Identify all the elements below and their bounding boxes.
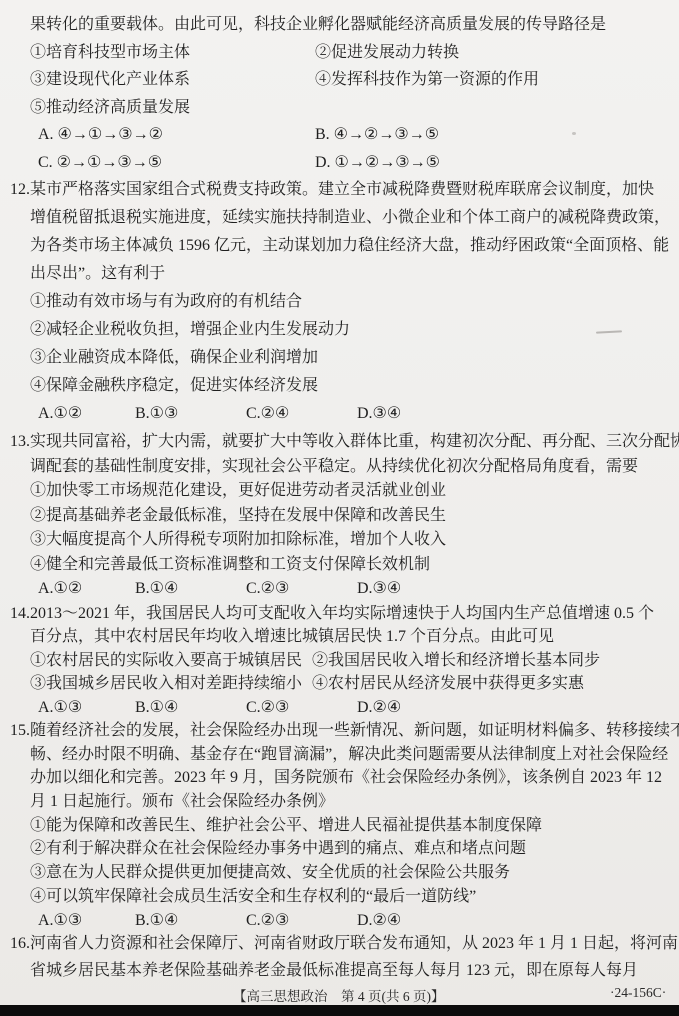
q11-item-4: ④发挥科技作为第一资源的作用	[315, 72, 539, 88]
q12-stem-text: 为各类市场主体减负 1596 亿元，主动谋划加力稳住经济大盘，推动纾困政策“全面…	[30, 238, 669, 254]
q13-item-3: ③大幅度提高个人所得税专项附加扣除标准，增加个人收入	[30, 532, 446, 548]
q15-stem-text: 办加以细化和完善。2023 年 9 月，国务院颁布《社会保险经办条例》，该条例自…	[30, 770, 662, 786]
q11-items-row: ①培育科技型市场主体②促进发展动力转换	[0, 42, 679, 70]
q12-stem-line: 增值税留抵退税实施进度，延续实施扶持制造业、小微企业和个体工商户的减税降费政策，	[0, 207, 679, 235]
q15-option-c: C.②③	[246, 913, 289, 929]
question-13-block: 13.实现共同富裕，扩大内需，就要扩大中等收入群体比重，构建初次分配、再分配、三…	[0, 431, 679, 603]
q12-stem-line: 12.某市严格落实国家组合式税费支持政策。建立全市减税降费暨财税库联席会议制度，…	[0, 179, 679, 207]
page-footer: 【高三思想政治 第 4 页(共 6 页)】 ·24-156C·	[0, 985, 679, 1005]
q12-item-row: ①推动有效市场与有为政府的有机结合	[0, 291, 679, 319]
q13-item-2: ②提高基础养老金最低标准，坚持在发展中保障和改善民生	[30, 508, 446, 524]
q11-items-row: ⑤推动经济高质量发展	[0, 97, 679, 125]
q12-item-1: ①推动有效市场与有为政府的有机结合	[30, 294, 302, 310]
q14-number: 14.	[10, 606, 30, 622]
q11-options-row: C. ②→①→③→⑤D. ①→②→③→⑤	[0, 152, 679, 180]
q14-stem-line: 14.2013～2021 年，我国居民人均可支配收入年均实际增速快于人均国内生产…	[0, 603, 679, 627]
q11-item-1: ①培育科技型市场主体	[30, 45, 190, 61]
q14-option-b: B.①④	[135, 700, 178, 716]
q13-stem-text: 调配套的基础性制度安排，实现社会公平稳定。从持续优化初次分配格局角度看，需要	[30, 459, 638, 475]
q15-item-row: ①能为保障和改善民生、维护社会公平、增进人民福祉提供基本制度保障	[0, 815, 679, 839]
q13-stem-line: 13.实现共同富裕，扩大内需，就要扩大中等收入群体比重，构建初次分配、再分配、三…	[0, 431, 679, 456]
q14-stem-text: 2013～2021 年，我国居民人均可支配收入年均实际增速快于人均国内生产总值增…	[30, 606, 654, 622]
q11-stem-text: 果转化的重要载体。由此可见，科技企业孵化器赋能经济高质量发展的传导路径是	[30, 17, 606, 33]
q15-item-row: ③意在为人民群众提供更加便捷高效、安全优质的社会保险公共服务	[0, 862, 679, 886]
q14-stem-text: 百分点，其中农村居民年均收入增速比城镇居民快 1.7 个百分点。由此可见	[30, 629, 554, 645]
q15-option-d: D.②④	[357, 913, 401, 929]
q12-stem-line: 为各类市场主体减负 1596 亿元，主动谋划加力稳住经济大盘，推动纾困政策“全面…	[0, 235, 679, 263]
q15-item-4: ④可以筑牢保障社会成员生活安全和生存权利的“最后一道防线”	[30, 889, 476, 905]
q11-stem-line: 果转化的重要载体。由此可见，科技企业孵化器赋能经济高质量发展的传导路径是	[0, 14, 679, 42]
q15-stem-line: 月 1 日起施行。颁布《社会保险经办条例》	[0, 791, 679, 815]
q14-items-row: ①农村居民的实际收入要高于城镇居民②我国居民收入增长和经济增长基本同步	[0, 650, 679, 674]
q13-options-row: A.①②B.①④C.②③D.③④	[0, 578, 679, 603]
q13-item-4: ④健全和完善最低工资标准调整和工资支付保障长效机制	[30, 557, 430, 573]
q15-item-row: ④可以筑牢保障社会成员生活安全和生存权利的“最后一道防线”	[0, 886, 679, 910]
q12-item-row: ③企业融资成本降低，确保企业利润增加	[0, 347, 679, 375]
q14-options-row: A.①③B.①④C.②③D.②④	[0, 697, 679, 721]
q14-item-1: ①农村居民的实际收入要高于城镇居民	[30, 653, 302, 669]
q15-item-2: ②有利于解决群众在社会保险经办事务中遇到的痛点、难点和堵点问题	[30, 841, 526, 857]
q13-item-row: ④健全和完善最低工资标准调整和工资支付保障长效机制	[0, 554, 679, 579]
q14-option-a: A.①③	[38, 700, 82, 716]
q12-number: 12.	[10, 182, 30, 198]
q12-option-d: D.③④	[357, 406, 401, 422]
q15-item-row: ②有利于解决群众在社会保险经办事务中遇到的痛点、难点和堵点问题	[0, 838, 679, 862]
q15-item-3: ③意在为人民群众提供更加便捷高效、安全优质的社会保险公共服务	[30, 865, 510, 881]
q11-option-d: D. ①→②→③→⑤	[315, 155, 440, 171]
q11-items-row: ③建设现代化产业体系④发挥科技作为第一资源的作用	[0, 69, 679, 97]
q15-option-a: A.①③	[38, 913, 82, 929]
q13-stem-line: 调配套的基础性制度安排，实现社会公平稳定。从持续优化初次分配格局角度看，需要	[0, 456, 679, 481]
q12-option-a: A.①②	[38, 406, 82, 422]
q11-item-5: ⑤推动经济高质量发展	[30, 100, 190, 116]
question-14-block: 14.2013～2021 年，我国居民人均可支配收入年均实际增速快于人均国内生产…	[0, 603, 679, 721]
exam-page: 果转化的重要载体。由此可见，科技企业孵化器赋能经济高质量发展的传导路径是 ①培育…	[0, 0, 679, 1016]
q11-option-b: B. ④→②→③→⑤	[315, 127, 439, 143]
q13-item-1: ①加快零工市场规范化建设，更好促进劳动者灵活就业创业	[30, 483, 446, 499]
q12-stem-line: 出尽出”。这有利于	[0, 263, 679, 291]
q13-item-row: ②提高基础养老金最低标准，坚持在发展中保障和改善民生	[0, 505, 679, 530]
exam-content: 果转化的重要载体。由此可见，科技企业孵化器赋能经济高质量发展的传导路径是 ①培育…	[0, 14, 679, 987]
q12-stem-text: 增值税留抵退税实施进度，延续实施扶持制造业、小微企业和个体工商户的减税降费政策，	[30, 210, 670, 226]
q11-item-2: ②促进发展动力转换	[315, 45, 459, 61]
scan-speck	[572, 132, 576, 135]
q12-option-b: B.①③	[135, 406, 178, 422]
q16-stem-line: 省城乡居民基本养老保险基础养老金最低标准提高至每人每月 123 元，即在原每人每…	[0, 960, 679, 987]
q14-item-4: ④农村居民从经济发展中获得更多实惠	[312, 676, 584, 692]
q15-stem-text: 随着经济社会的发展，社会保险经办出现一些新情况、新问题，如证明材料偏多、转移接续…	[30, 723, 679, 739]
q13-number: 13.	[10, 434, 30, 450]
page-number-label: 【高三思想政治 第 4 页(共 6 页)】	[233, 985, 445, 1005]
q16-stem-line: 16.河南省人力资源和社会保障厅、河南省财政厅联合发布通知，从 2023 年 1…	[0, 933, 679, 960]
q15-options-row: A.①③B.①④C.②③D.②④	[0, 910, 679, 934]
q15-stem-text: 月 1 日起施行。颁布《社会保险经办条例》	[30, 794, 334, 810]
q14-option-d: D.②④	[357, 700, 401, 716]
q16-stem-text: 河南省人力资源和社会保障厅、河南省财政厅联合发布通知，从 2023 年 1 月 …	[30, 936, 678, 952]
q12-stem-text: 出尽出”。这有利于	[30, 266, 165, 282]
question-12-block: 12.某市严格落实国家组合式税费支持政策。建立全市减税降费暨财税库联席会议制度，…	[0, 179, 679, 431]
q13-option-a: A.①②	[38, 581, 82, 597]
q15-stem-text: 畅、经办时限不明确、基金存在“跑冒滴漏”，解决此类问题需要从法律制度上对社会保险…	[30, 747, 668, 763]
q11-options-row: A. ④→①→③→②B. ④→②→③→⑤	[0, 124, 679, 152]
q12-item-4: ④保障金融秩序稳定，促进实体经济发展	[30, 378, 318, 394]
q16-stem-text: 省城乡居民基本养老保险基础养老金最低标准提高至每人每月 123 元，即在原每人每…	[30, 963, 638, 979]
q13-item-row: ①加快零工市场规范化建设，更好促进劳动者灵活就业创业	[0, 480, 679, 505]
question-11-block: 果转化的重要载体。由此可见，科技企业孵化器赋能经济高质量发展的传导路径是 ①培育…	[0, 14, 679, 179]
q14-stem-line: 百分点，其中农村居民年均收入增速比城镇居民快 1.7 个百分点。由此可见	[0, 626, 679, 650]
q12-stem-text: 某市严格落实国家组合式税费支持政策。建立全市减税降费暨财税库联席会议制度，加快	[30, 182, 654, 198]
q13-option-d: D.③④	[357, 581, 401, 597]
q13-item-row: ③大幅度提高个人所得税专项附加扣除标准，增加个人收入	[0, 529, 679, 554]
q14-item-3: ③我国城乡居民收入相对差距持续缩小	[30, 676, 302, 692]
q14-item-2: ②我国居民收入增长和经济增长基本同步	[312, 653, 600, 669]
q14-option-c: C.②③	[246, 700, 289, 716]
q15-number: 15.	[10, 723, 30, 739]
q12-item-3: ③企业融资成本降低，确保企业利润增加	[30, 350, 318, 366]
q11-option-a: A. ④→①→③→②	[38, 127, 163, 143]
q13-option-c: C.②③	[246, 581, 289, 597]
scan-edge-bar	[0, 1005, 679, 1016]
q15-option-b: B.①④	[135, 913, 178, 929]
q12-item-row: ②减轻企业税收负担，增强企业内生发展动力	[0, 319, 679, 347]
q15-item-1: ①能为保障和改善民生、维护社会公平、增进人民福祉提供基本制度保障	[30, 818, 542, 834]
q14-items-row: ③我国城乡居民收入相对差距持续缩小④农村居民从经济发展中获得更多实惠	[0, 673, 679, 697]
q12-option-c: C.②④	[246, 406, 289, 422]
q11-item-3: ③建设现代化产业体系	[30, 72, 190, 88]
q15-stem-line: 办加以细化和完善。2023 年 9 月，国务院颁布《社会保险经办条例》，该条例自…	[0, 767, 679, 791]
q11-option-c: C. ②→①→③→⑤	[38, 155, 162, 171]
q12-item-2: ②减轻企业税收负担，增强企业内生发展动力	[30, 322, 350, 338]
q15-stem-line: 畅、经办时限不明确、基金存在“跑冒滴漏”，解决此类问题需要从法律制度上对社会保险…	[0, 744, 679, 768]
q13-stem-text: 实现共同富裕，扩大内需，就要扩大中等收入群体比重，构建初次分配、再分配、三次分配…	[30, 434, 679, 450]
question-15-block: 15.随着经济社会的发展，社会保险经办出现一些新情况、新问题，如证明材料偏多、转…	[0, 720, 679, 933]
paper-code: ·24-156C·	[610, 985, 666, 1001]
q16-number: 16.	[10, 936, 30, 952]
q15-stem-line: 15.随着经济社会的发展，社会保险经办出现一些新情况、新问题，如证明材料偏多、转…	[0, 720, 679, 744]
question-16-block: 16.河南省人力资源和社会保障厅、河南省财政厅联合发布通知，从 2023 年 1…	[0, 933, 679, 987]
q12-options-row: A.①②B.①③C.②④D.③④	[0, 403, 679, 431]
q13-option-b: B.①④	[135, 581, 178, 597]
q12-item-row: ④保障金融秩序稳定，促进实体经济发展	[0, 375, 679, 403]
